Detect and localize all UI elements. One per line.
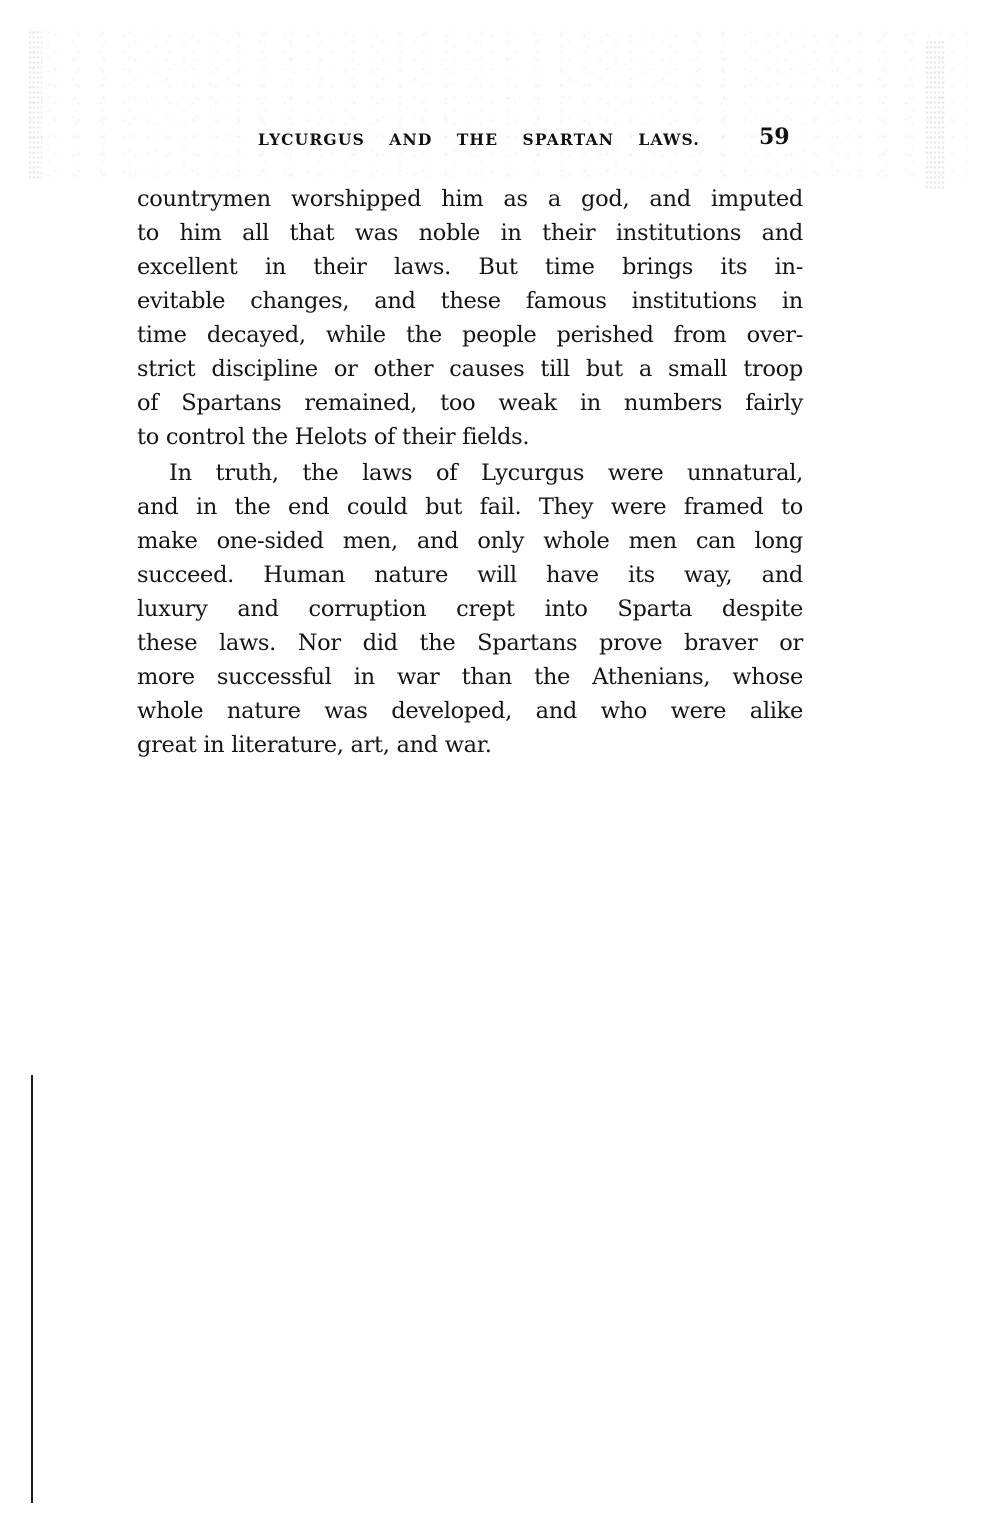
running-head: LYCURGUS AND THE SPARTAN LAWS. xyxy=(258,130,700,149)
text-line: and in the end could but fail. They were… xyxy=(137,490,803,524)
text-line: evitable changes, and these famous insti… xyxy=(137,284,803,318)
text-line: to him all that was noble in their insti… xyxy=(137,216,803,250)
text-line: luxury and corruption crept into Sparta … xyxy=(137,592,803,626)
text-line: In truth, the laws of Lycurgus were unna… xyxy=(169,456,803,490)
scan-noise-top xyxy=(30,30,970,180)
text-line: to control the Helots of their fields. xyxy=(137,420,803,454)
text-line: time decayed, while the people perished … xyxy=(137,318,803,352)
text-line: excellent in their laws. But time brings… xyxy=(137,250,803,284)
text-line: these laws. Nor did the Spartans prove b… xyxy=(137,626,803,660)
page-edge-line xyxy=(31,1075,33,1503)
text-line: more successful in war than the Athenian… xyxy=(137,660,803,694)
text-line: make one-sided men, and only whole men c… xyxy=(137,524,803,558)
scan-noise-right xyxy=(925,40,945,190)
text-line: whole nature was developed, and who were… xyxy=(137,694,803,728)
scan-noise-left xyxy=(28,30,42,180)
text-line: great in literature, art, and war. xyxy=(137,728,803,762)
text-line: strict discipline or other causes till b… xyxy=(137,352,803,386)
page-number: 59 xyxy=(759,124,790,150)
text-line: countrymen worshipped him as a god, and … xyxy=(137,182,803,216)
text-line: of Spartans remained, too weak in number… xyxy=(137,386,803,420)
text-line: succeed. Human nature will have its way,… xyxy=(137,558,803,592)
